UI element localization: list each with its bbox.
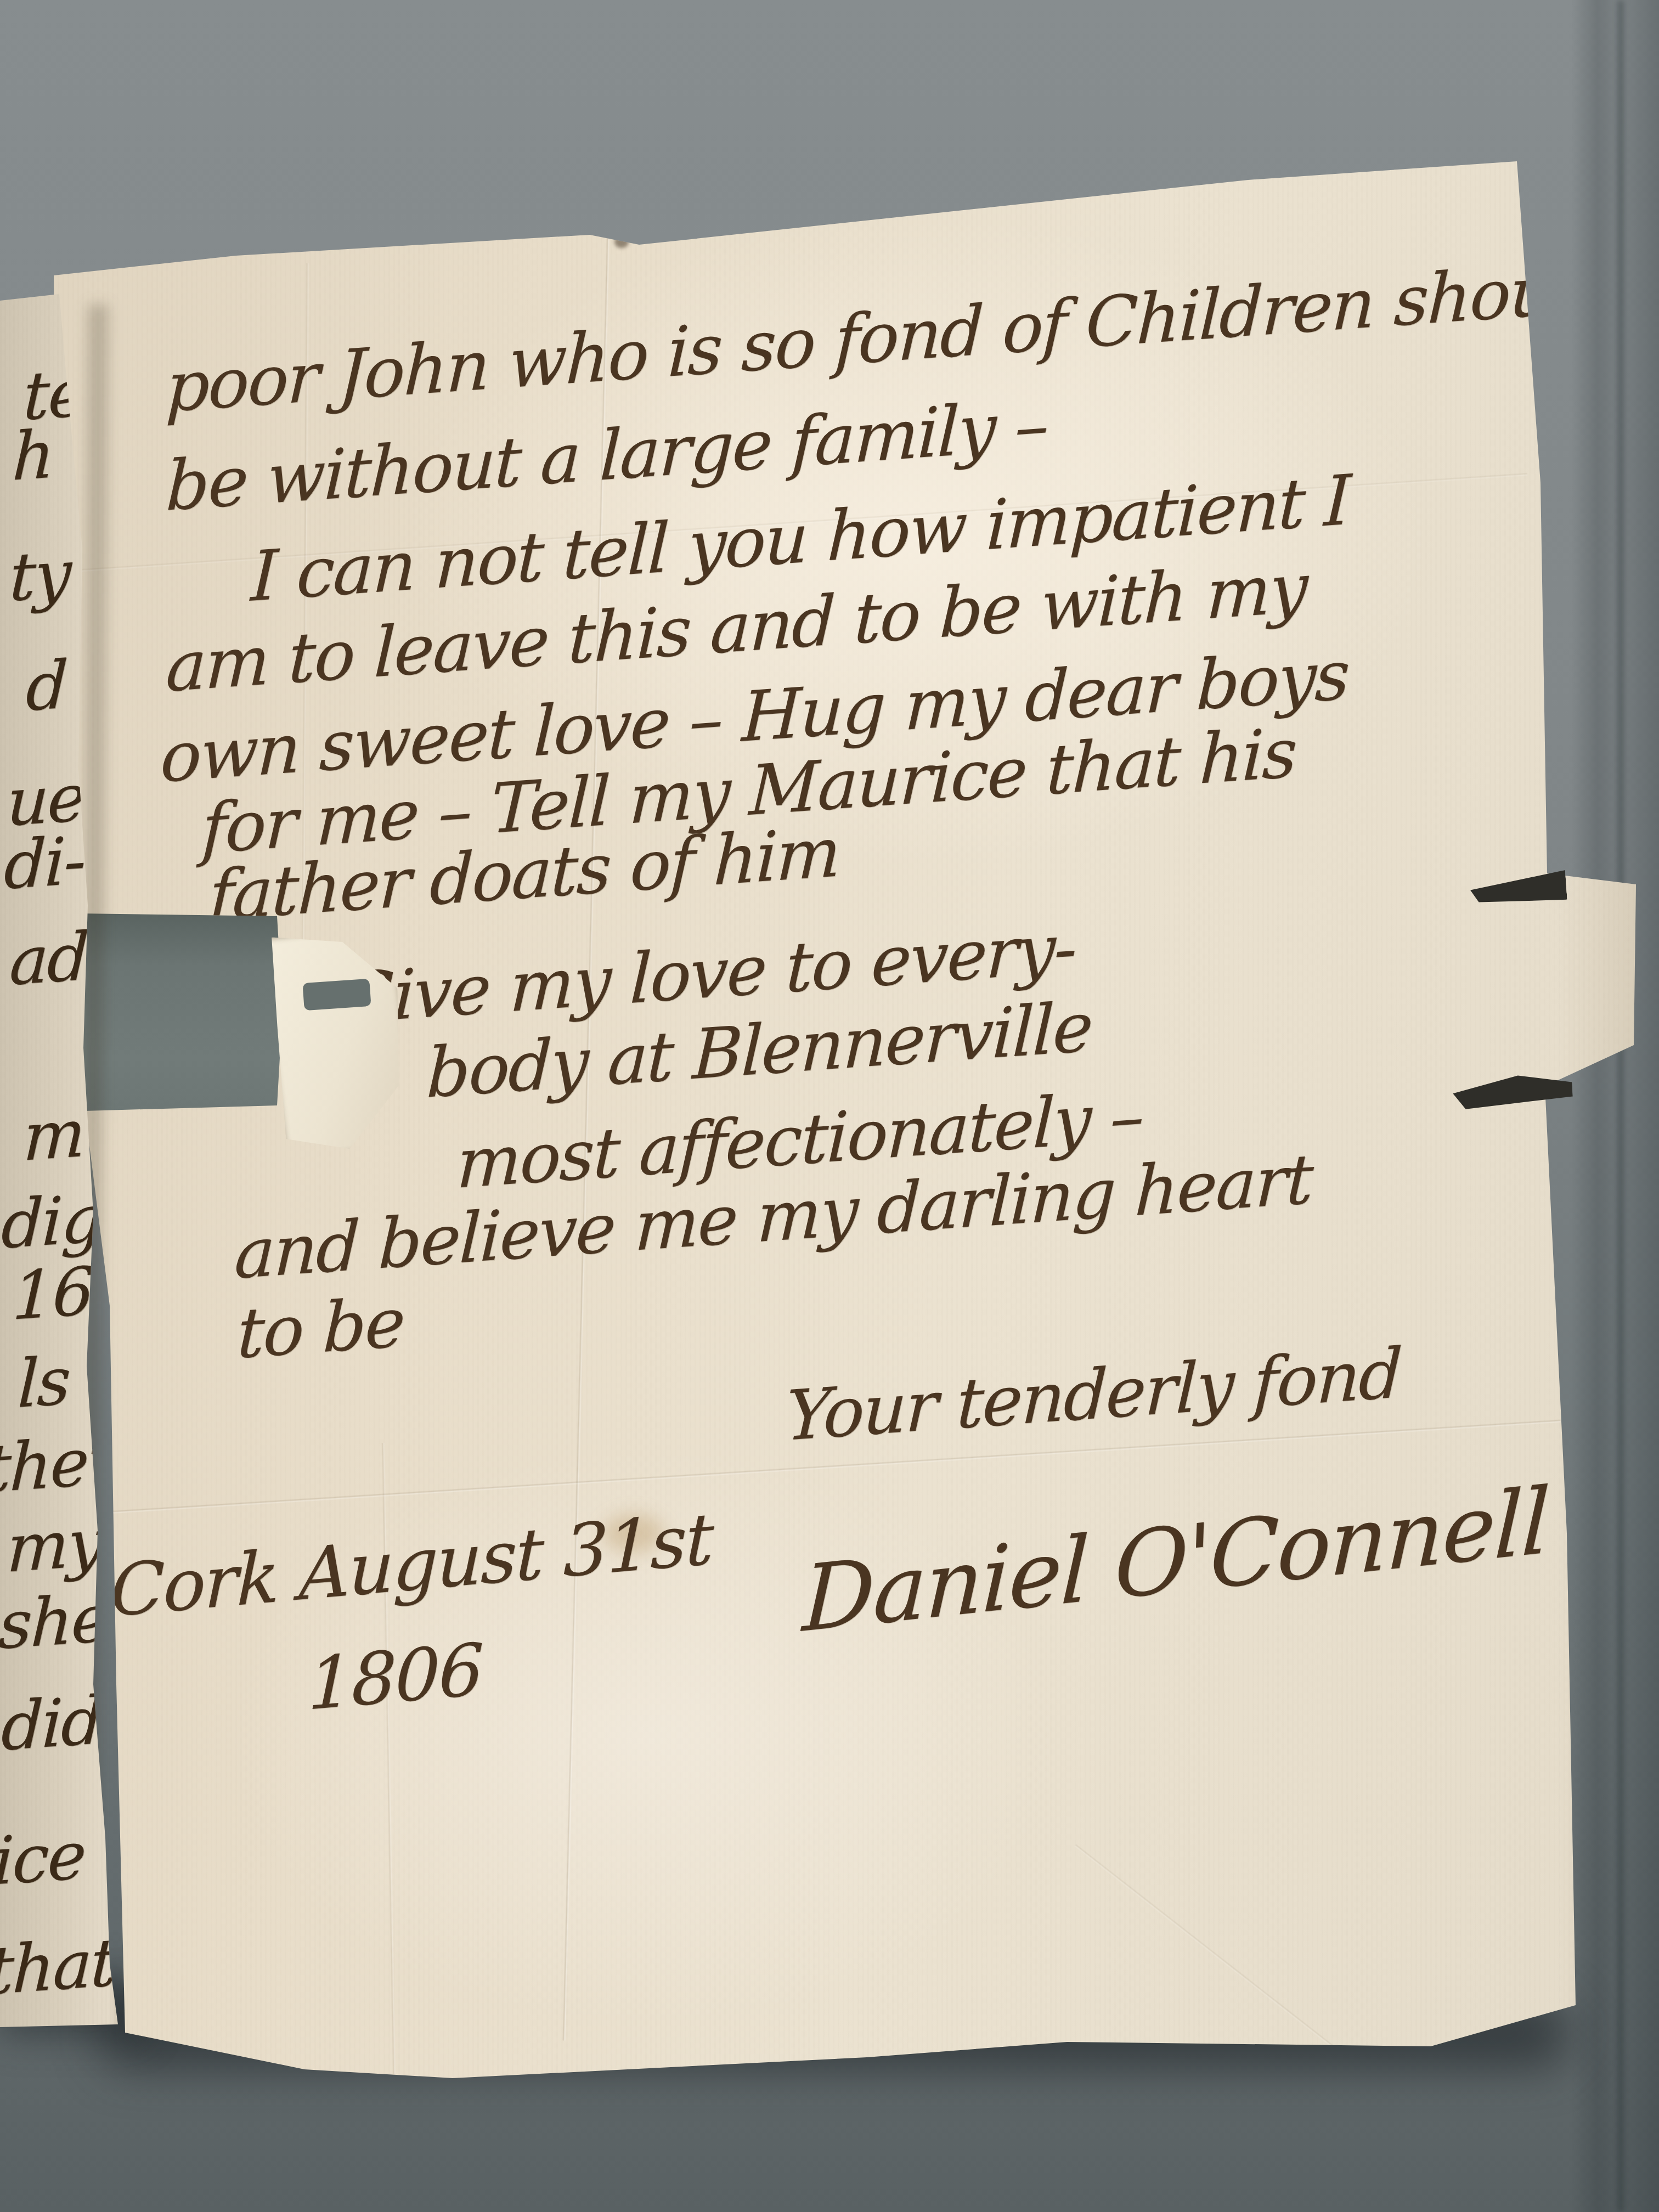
letter-line-12: to be — [236, 1283, 405, 1374]
handwriting-fragment: thew — [0, 1420, 132, 1508]
letter-page: poor John who is so fond of Children sho… — [33, 154, 1640, 2085]
diagonal-crease-bottom-right — [1074, 1844, 1466, 2151]
ink-fleck — [614, 236, 629, 248]
handwriting-fragment: did — [0, 1683, 103, 1766]
handwriting-fragment: di- — [3, 822, 86, 905]
album-gutter-shading — [1571, 0, 1659, 2212]
handwriting-fragment: ad — [8, 918, 89, 1001]
handwriting-fragment: m — [22, 1096, 85, 1176]
handwriting-fragment: 16 — [11, 1253, 94, 1335]
album-gutter-fold-line — [1617, 0, 1624, 2212]
handwriting-fragment: my — [5, 1504, 104, 1588]
handwriting-fragment: ty — [8, 536, 71, 617]
handwriting-fragment: d — [25, 647, 68, 726]
photo-of-handwritten-letter: poor John who is so fond of Children sho… — [0, 0, 1659, 2212]
handwriting-fragment: h — [11, 416, 54, 496]
handwriting-fragment: dig — [0, 1181, 103, 1264]
handwriting-fragment: that — [0, 1925, 117, 2010]
handwriting-fragment: she — [0, 1580, 110, 1664]
dateline-year: 1806 — [307, 1627, 483, 1726]
handwriting-fragment: ls — [16, 1343, 71, 1423]
dateline-place: Cork August 31st — [110, 1497, 713, 1633]
closing-line: Your tenderly fond — [785, 1334, 1402, 1457]
signature: Daniel O'Connell — [801, 1468, 1550, 1652]
torn-hole-sliver — [302, 979, 371, 1011]
handwriting-fragment: ice — [0, 1818, 86, 1900]
